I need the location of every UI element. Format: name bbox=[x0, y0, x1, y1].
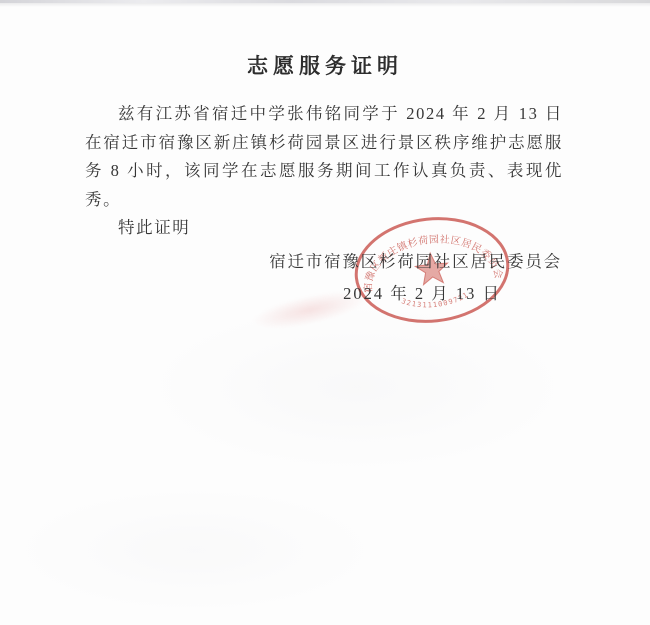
certificate-paragraph: 兹有江苏省宿迁中学张伟铭同学于 2024 年 2 月 13 日在宿迁市宿豫区新庄… bbox=[85, 100, 563, 214]
certificate-title: 志愿服务证明 bbox=[0, 50, 650, 80]
issuing-organization: 宿迁市宿豫区杉荷园社区居民委员会 bbox=[250, 248, 562, 272]
certificate-closing: 特此证明 bbox=[85, 214, 563, 243]
certificate-page: 志愿服务证明 兹有江苏省宿迁中学张伟铭同学于 2024 年 2 月 13 日在宿… bbox=[0, 0, 650, 625]
signature-block: 宿迁市宿豫区杉荷园社区居民委员会 2024 年 2 月 13 日 bbox=[250, 248, 562, 304]
issue-date: 2024 年 2 月 13 日 bbox=[266, 280, 578, 304]
certificate-body: 兹有江苏省宿迁中学张伟铭同学于 2024 年 2 月 13 日在宿迁市宿豫区新庄… bbox=[85, 100, 563, 243]
scan-edge-shadow bbox=[0, 3, 650, 7]
